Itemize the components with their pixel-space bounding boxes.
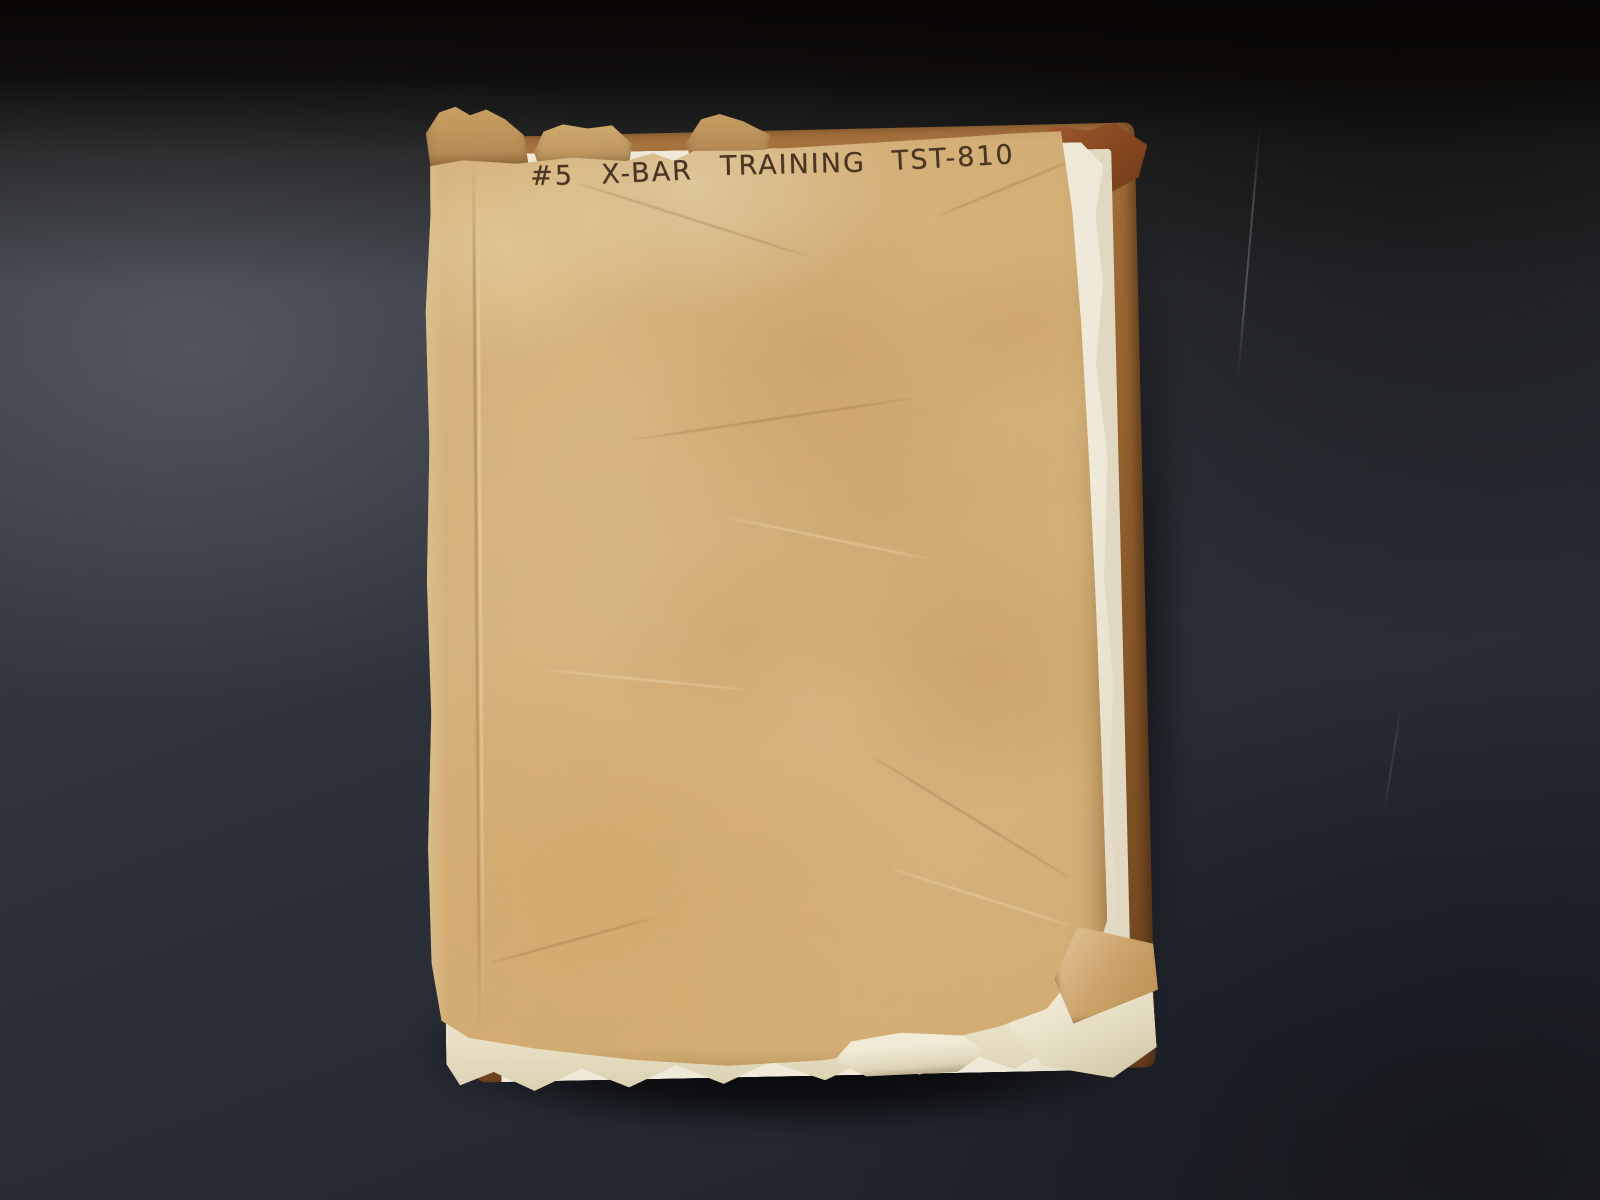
paper-texture bbox=[422, 116, 1109, 1079]
handwritten-word: TST-810 bbox=[891, 139, 1015, 177]
handwritten-word: X-BAR bbox=[600, 155, 693, 190]
manila-front-cover: #5 X-BAR TRAINING TST-810 bbox=[422, 116, 1109, 1079]
handwritten-word: #5 bbox=[530, 160, 574, 191]
photo-scene: #5 X-BAR TRAINING TST-810 bbox=[0, 0, 1600, 1200]
handwritten-word: TRAINING bbox=[719, 147, 866, 182]
